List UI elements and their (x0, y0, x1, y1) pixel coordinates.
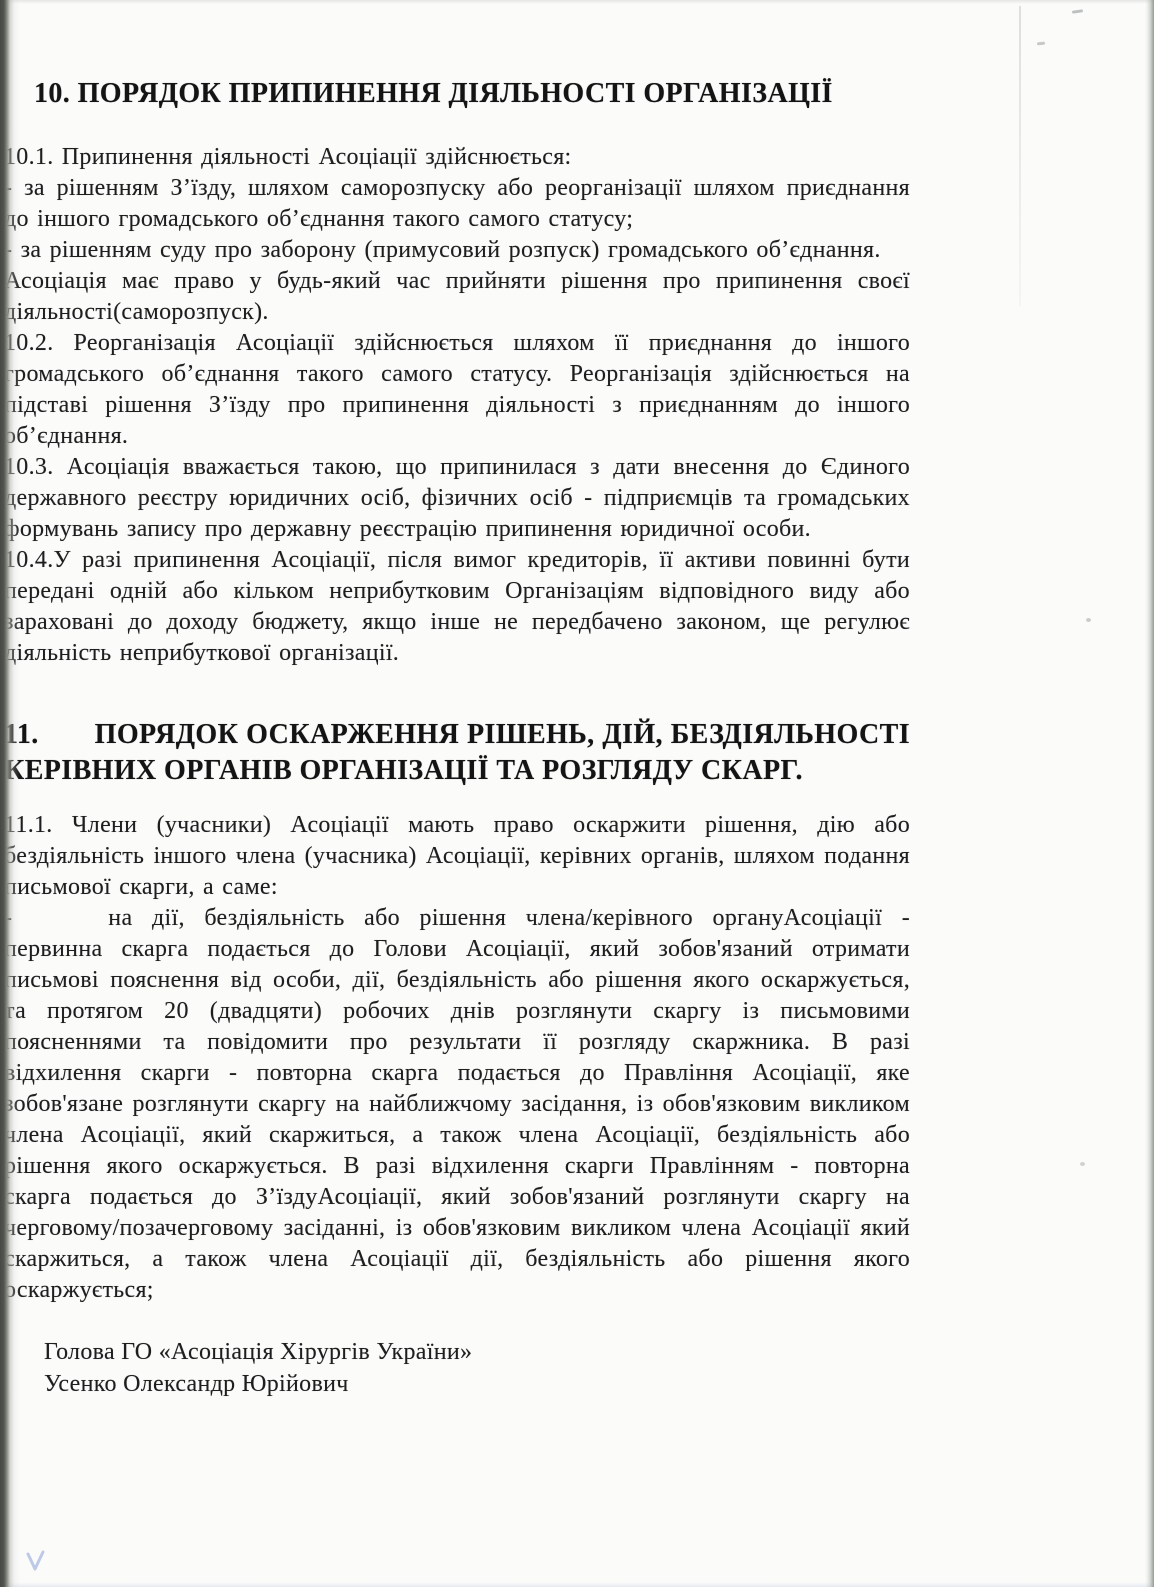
scan-speck (1072, 9, 1083, 14)
paragraph-10-1: 10.1. Припинення діяльності Асоціації зд… (4, 142, 910, 173)
section-11-number: 11. (4, 719, 39, 750)
scan-speck (1080, 1162, 1085, 1166)
paragraph-10-4: 10.4.У разі припинення Асоціації, після … (4, 545, 910, 669)
blue-pen-mark (26, 1550, 46, 1574)
complaint-text: на дії, бездіяльність або рішення члена/… (4, 905, 910, 1303)
scan-speck (1086, 618, 1091, 622)
paragraph-10-2: 10.2. Реорганізація Асоціації здійснюєть… (4, 328, 910, 452)
section-11-title: ПОРЯДОК ОСКАРЖЕННЯ РІШЕНЬ, ДІЙ, БЕЗДІЯЛЬ… (4, 719, 910, 786)
paragraph-11-1-complaint: -на дії, бездіяльність або рішення члена… (4, 903, 910, 1306)
paragraph-10-1-item-1: - за рішенням З’їзду, шляхом саморозпуск… (4, 173, 910, 235)
scan-edge-bottom-tint (0, 1581, 1154, 1587)
document-content: 10. ПОРЯДОК ПРИПИНЕННЯ ДІЯЛЬНОСТІ ОРГАНІ… (4, 76, 910, 1400)
scanned-document-page: 10. ПОРЯДОК ПРИПИНЕННЯ ДІЯЛЬНОСТІ ОРГАНІ… (0, 0, 1154, 1587)
scan-speck (1037, 42, 1045, 46)
signature-name: Усенко Олександр Юрійович (44, 1368, 910, 1400)
scan-edge-right-band (1145, 0, 1154, 1587)
signature-block: Голова ГО «Асоціація Хірургів України» У… (4, 1336, 910, 1400)
section-10-heading: 10. ПОРЯДОК ПРИПИНЕННЯ ДІЯЛЬНОСТІ ОРГАНІ… (4, 76, 910, 112)
paragraph-10-1-item-2: - за рішенням суду про заборону (примусо… (4, 235, 910, 266)
paragraph-11-1: 11.1. Члени (учасники) Асоціації мають п… (4, 810, 910, 903)
paragraph-10-3: 10.3. Асоціація вважається такою, що при… (4, 452, 910, 545)
section-11-heading: 11.ПОРЯДОК ОСКАРЖЕННЯ РІШЕНЬ, ДІЙ, БЕЗДІ… (4, 717, 910, 789)
signature-title: Голова ГО «Асоціація Хірургів України» (44, 1336, 910, 1368)
scan-edge-top-shadow (0, 0, 1154, 4)
paragraph-10-1-note: Асоціація має право у будь-який час прий… (4, 266, 910, 328)
scan-crease-line (1019, 6, 1021, 306)
dash-marker: - (4, 905, 12, 931)
